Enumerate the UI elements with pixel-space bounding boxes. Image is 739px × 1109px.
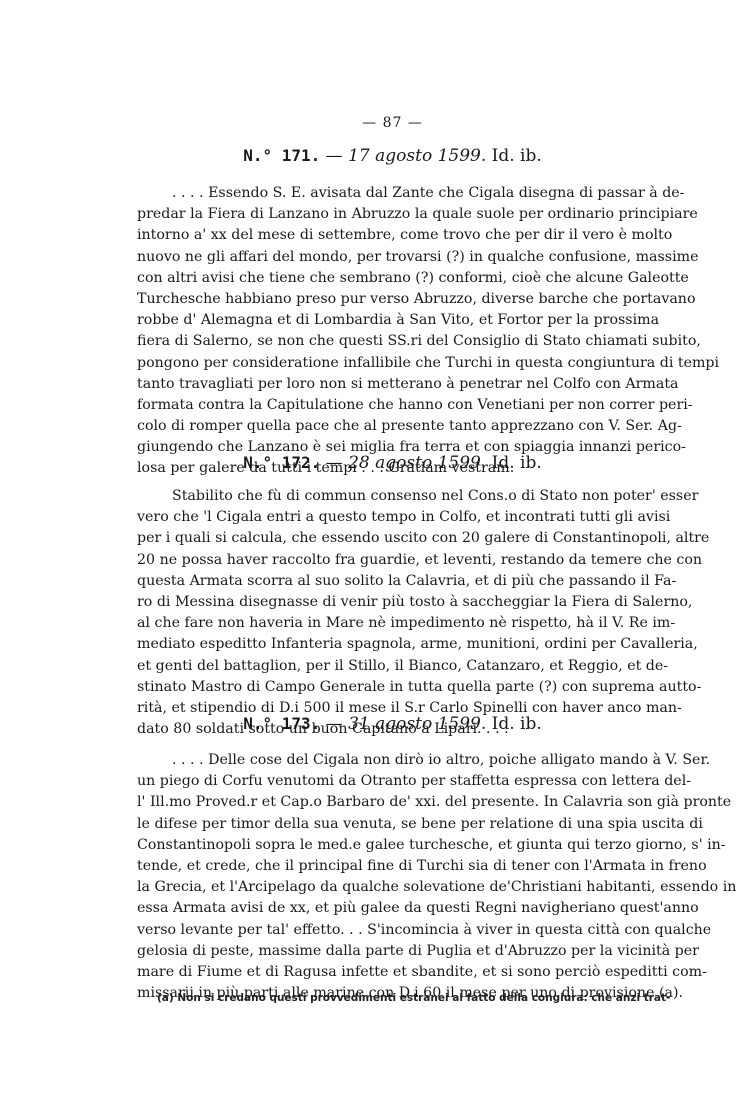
- text-line: robbe d' Alemagna et di Lombardia à San …: [137, 310, 648, 331]
- document-number: N.° 173.: [243, 714, 320, 733]
- text-line: questa Armata scorra al suo solito la Ca…: [137, 571, 648, 592]
- text-line: Turchesche habbiano preso pur verso Abru…: [137, 289, 648, 310]
- text-line: colo di romper quella pace che al presen…: [137, 416, 648, 437]
- document-source: . Id. ib.: [481, 146, 542, 166]
- document-source: . Id. ib.: [481, 453, 542, 473]
- document-number: N.° 171.: [243, 146, 320, 165]
- text-line: mediato espeditto Infanteria spagnola, a…: [137, 634, 648, 655]
- document-body-171: . . . . Essendo S. E. avisata dal Zante …: [137, 183, 648, 480]
- document-number: N.° 172.: [243, 453, 320, 472]
- text-line: stinato Mastro di Campo Generale in tutt…: [137, 677, 648, 698]
- text-line: gelosia di peste, massime dalla parte di…: [137, 941, 648, 962]
- document-heading-171: N.° 171. — 17 agosto 1599. Id. ib.: [137, 146, 648, 166]
- text-line: intorno a' xx del mese di settembre, com…: [137, 225, 648, 246]
- document-date: 17 agosto 1599: [348, 146, 481, 166]
- text-line: tanto travagliati per loro non si metter…: [137, 374, 648, 395]
- heading-separator: —: [320, 146, 348, 166]
- footnote: (a) Non si credano questi provvedimenti …: [157, 992, 648, 1004]
- text-line: con altri avisi che tiene che sembrano (…: [137, 268, 648, 289]
- text-line: pongono per consideratione infallibile c…: [137, 353, 648, 374]
- text-line: essa Armata avisi de xx, et più galee da…: [137, 898, 648, 919]
- text-line: per i quali si calcula, che essendo usci…: [137, 528, 648, 549]
- text-line: fiera di Salerno, se non che questi SS.r…: [137, 331, 648, 352]
- text-line: le difese per timor della sua venuta, se…: [137, 814, 648, 835]
- document-source: . Id. ib.: [481, 714, 542, 734]
- text-line: ro di Messina disegnasse di venir più to…: [137, 592, 648, 613]
- text-line: nuovo ne gli affari del mondo, per trova…: [137, 247, 648, 268]
- text-line: la Grecia, et l'Arcipelago da qualche so…: [137, 877, 648, 898]
- document-heading-173: N.° 173. — 31 agosto 1599. Id. ib.: [137, 714, 648, 734]
- text-line: et genti del battaglion, per il Stillo, …: [137, 656, 648, 677]
- text-line: al che fare non haveria in Mare nè imped…: [137, 613, 648, 634]
- text-line: l' Ill.mo Proved.r et Cap.o Barbaro de' …: [137, 792, 648, 813]
- document-body-173: . . . . Delle cose del Cigala non dirò i…: [137, 750, 648, 1004]
- text-line: predar la Fiera di Lanzano in Abruzzo la…: [137, 204, 648, 225]
- text-line: mare di Fiume et di Ragusa infette et sb…: [137, 962, 648, 983]
- text-line: . . . . Delle cose del Cigala non dirò i…: [137, 750, 648, 771]
- text-line: Constantinopoli sopra le med.e galee tur…: [137, 835, 648, 856]
- page-number: — 87 —: [137, 115, 648, 131]
- text-line: Stabilito che fù di commun consenso nel …: [137, 486, 648, 507]
- heading-separator: —: [320, 714, 348, 734]
- text-line: 20 ne possa haver raccolto fra guardie, …: [137, 550, 648, 571]
- document-date: 31 agosto 1599: [348, 714, 481, 734]
- text-line: un piego di Corfu venutomi da Otranto pe…: [137, 771, 648, 792]
- text-line: formata contra la Capitulatione che hann…: [137, 395, 648, 416]
- document-heading-172: N.° 172. — 28 agosto 1599. Id. ib.: [137, 453, 648, 473]
- text-line: vero che 'l Cigala entri a questo tempo …: [137, 507, 648, 528]
- text-line: . . . . Essendo S. E. avisata dal Zante …: [137, 183, 648, 204]
- text-line: verso levante per tal' effetto. . . S'in…: [137, 920, 648, 941]
- heading-separator: —: [320, 453, 348, 473]
- text-line: tende, et crede, che il principal fine d…: [137, 856, 648, 877]
- document-date: 28 agosto 1599: [348, 453, 481, 473]
- document-body-172: Stabilito che fù di commun consenso nel …: [137, 486, 648, 740]
